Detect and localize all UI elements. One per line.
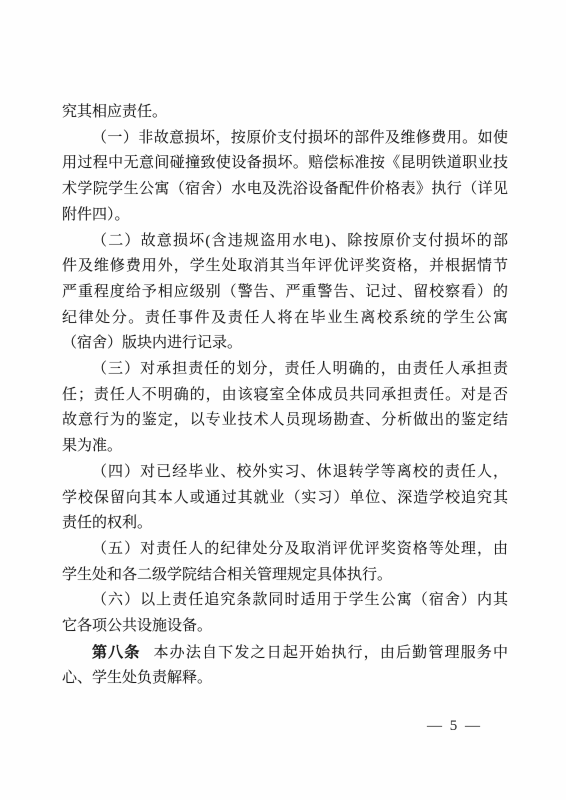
document-page: 究其相应责任。 （一）非故意损坏，按原价支付损坏的部件及维修费用。如使 用过程中… [0, 0, 566, 800]
doc-line-item4: （四）对已经毕业、校外实习、休退转学等离校的责任人， [62, 460, 508, 486]
doc-line-article8: 第八条本办法自下发之日起开始执行，由后勤管理服务中 [62, 640, 508, 667]
doc-line-item5: 学生处和各二级学院结合相关管理规定具体执行。 [62, 563, 508, 589]
doc-line-item6: 它各项公共设施设备。 [62, 614, 508, 640]
doc-line-item3: 果为准。 [62, 434, 508, 460]
doc-line-item2: （二）故意损坏(含违规盗用水电)、除按原价支付损坏的部 [62, 229, 508, 255]
doc-line-continuation: 究其相应责任。 [62, 100, 508, 126]
doc-line-item1: 附件四）。 [62, 203, 508, 229]
doc-line-item3: （三）对承担责任的划分，责任人明确的，由责任人承担责 [62, 357, 508, 383]
doc-line-item4: 责任的权利。 [62, 511, 508, 537]
article-number-label: 第八条 [92, 644, 141, 661]
doc-line-item4: 学校保留向其本人或通过其就业（实习）单位、深造学校追究其 [62, 486, 508, 512]
doc-line-item2: 件及维修费用外，学生处取消其当年评优评奖资格，并根据情节 [62, 254, 508, 280]
doc-line-item2: 纪律处分。责任事件及责任人将在毕业生离校系统的学生公寓 [62, 306, 508, 332]
doc-line-item6: （六）以上责任追究条款同时适用于学生公寓（宿舍）内其 [62, 588, 508, 614]
doc-line-item5: （五）对责任人的纪律处分及取消评优评奖资格等处理，由 [62, 537, 508, 563]
doc-line-item3: 任；责任人不明确的，由该寝室全体成员共同承担责任。对是否 [62, 383, 508, 409]
doc-line-item1: 用过程中无意间碰撞致使设备损坏。赔偿标准按《昆明铁道职业技 [62, 151, 508, 177]
page-number: — 5 — [427, 718, 482, 735]
article-text: 本办法自下发之日起开始执行，由后勤管理服务中 [154, 645, 508, 661]
doc-line-item1: 术学院学生公寓（宿舍）水电及洗浴设备配件价格表》执行（详见 [62, 177, 508, 203]
document-body: 究其相应责任。 （一）非故意损坏，按原价支付损坏的部件及维修费用。如使 用过程中… [62, 100, 508, 692]
doc-line-item3: 故意行为的鉴定，以专业技术人员现场勘查、分析做出的鉴定结 [62, 408, 508, 434]
doc-line-item2: 严重程度给予相应级别（警告、严重警告、记过、留校察看）的 [62, 280, 508, 306]
doc-line-article8: 心、学生处负责解释。 [62, 666, 508, 692]
doc-line-item1: （一）非故意损坏，按原价支付损坏的部件及维修费用。如使 [62, 126, 508, 152]
doc-line-item2: （宿舍）版块内进行记录。 [62, 331, 508, 357]
